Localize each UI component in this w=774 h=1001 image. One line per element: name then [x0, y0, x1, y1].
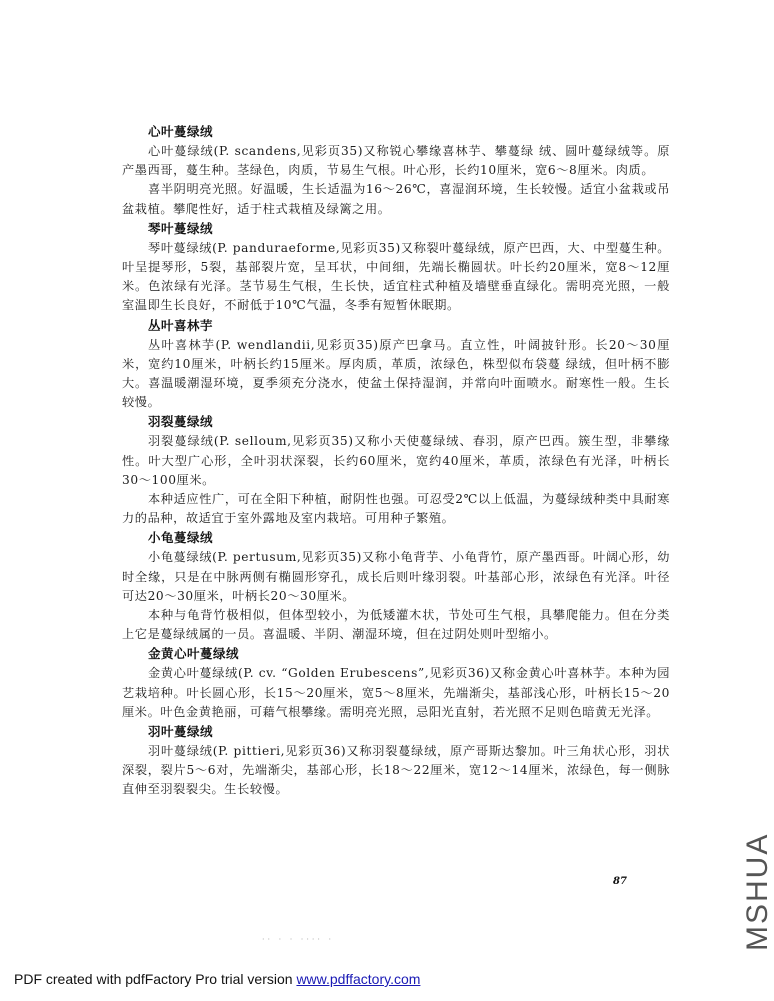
section-heading: 羽裂蔓绿绒	[148, 412, 670, 432]
section-heading: 小龟蔓绿绒	[148, 528, 670, 548]
paragraph: 羽裂蔓绿绒(P. selloum,见彩页35)又称小天使蔓绿绒、春羽，原产巴西。…	[122, 432, 670, 490]
paragraph: 琴叶蔓绿绒(P. panduraeforme,见彩页35)又称裂叶蔓绿绒，原产巴…	[122, 239, 670, 316]
paragraph: 心叶蔓绿绒(P. scandens,见彩页35)又称锐心攀缘喜林芋、攀蔓绿 绒、…	[122, 142, 670, 180]
section-heading: 羽叶蔓绿绒	[148, 722, 670, 742]
section-heading: 丛叶喜林芋	[148, 316, 670, 336]
paragraph: 本种适应性广，可在全阳下种植，耐阴性也强。可忍受2℃以上低温，为蔓绿绒种类中具耐…	[122, 490, 670, 528]
paragraph: 喜半阴明亮光照。好温暖，生长适温为16～26℃，喜湿润环境，生长较慢。适宜小盆栽…	[122, 180, 670, 218]
paragraph: 羽叶蔓绿绒(P. pittieri,见彩页36)又称羽裂蔓绿绒，原产哥斯达黎加。…	[122, 742, 670, 800]
section-heading: 金黄心叶蔓绿绒	[148, 644, 670, 664]
scan-artifact: ·· · · ···· ·	[262, 935, 334, 944]
pdf-footer: PDF created with pdfFactory Pro trial ve…	[14, 971, 420, 987]
footer-text: PDF created with pdfFactory Pro trial ve…	[14, 971, 296, 987]
paragraph: 丛叶喜林芋(P. wendlandii,见彩页35)原产巴拿马。直立性，叶阔披针…	[122, 336, 670, 413]
page-number: 87	[613, 876, 627, 887]
section-heading: 琴叶蔓绿绒	[148, 219, 670, 239]
section-heading: 心叶蔓绿绒	[148, 122, 670, 142]
pdffactory-link[interactable]: www.pdffactory.com	[296, 971, 420, 987]
paragraph: 金黄心叶蔓绿绒(P. cv. “Golden Erubescens”,见彩页36…	[122, 664, 670, 722]
paragraph: 本种与龟背竹极相似，但体型较小，为低矮灌木状，节处可生气根，具攀爬能力。但在分类…	[122, 606, 670, 644]
paragraph: 小龟蔓绿绒(P. pertusum,见彩页35)又称小龟背芋、小龟背竹，原产墨西…	[122, 548, 670, 606]
document-page: 心叶蔓绿绒 心叶蔓绿绒(P. scandens,见彩页35)又称锐心攀缘喜林芋、…	[122, 122, 670, 800]
watermark: MSHUA	[741, 833, 774, 951]
